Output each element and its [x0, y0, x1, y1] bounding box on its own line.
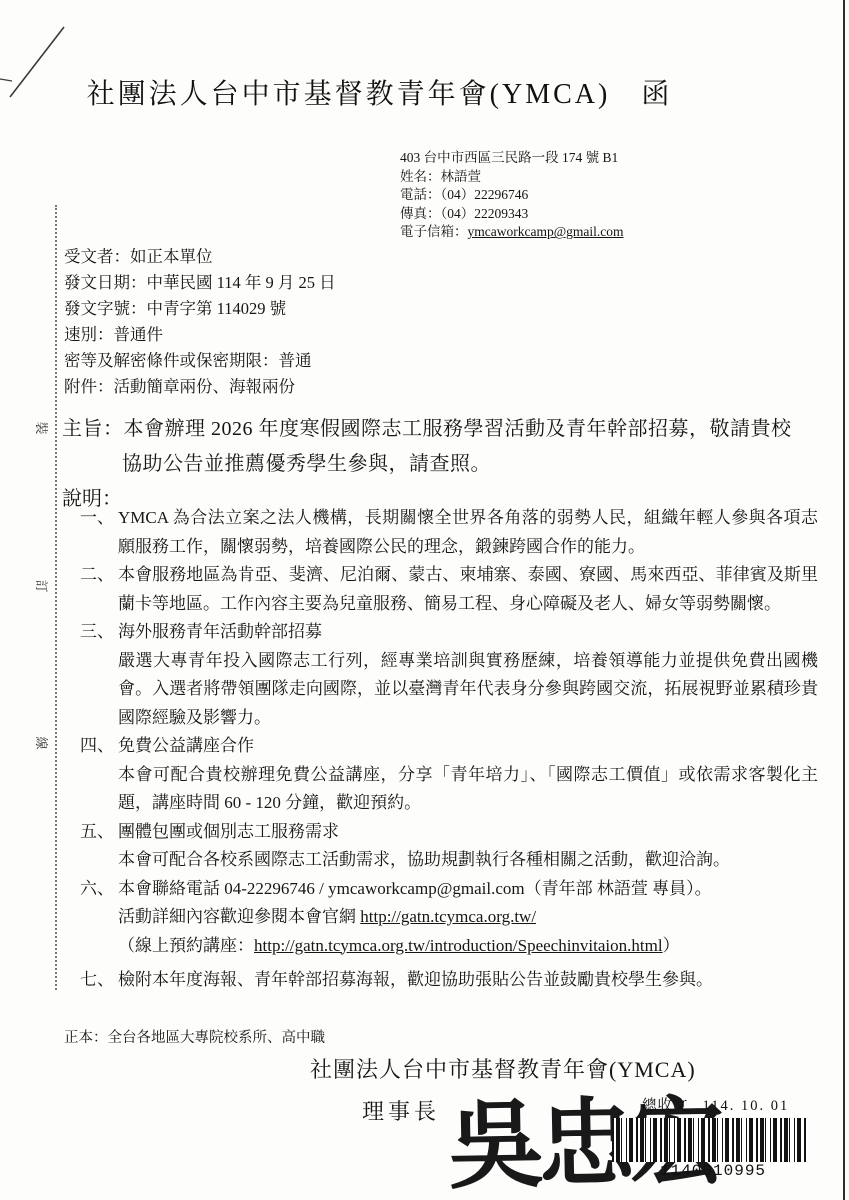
document-meta-block: 受文者：如正本單位 發文日期：中華民國 114 年 9 月 25 日 發文字號：…	[64, 244, 336, 400]
item-1-number: 一、	[80, 504, 118, 561]
meta-recipient: 受文者：如正本單位	[64, 244, 336, 270]
sender-email-link[interactable]: ymcaworkcamp@gmail.com	[468, 224, 624, 239]
binding-mark-zhuang: 裝	[33, 418, 53, 438]
copy-distribution-line: 正本：全台各地區大專院校系所、高中職	[64, 1026, 325, 1047]
item-6-line-2-text: 活動詳細內容歡迎參閱本會官網	[118, 907, 360, 926]
document-title: 社團法人台中市基督教青年會(YMCA) 函	[30, 72, 729, 112]
item-2: 二、 本會服務地區為肯亞、斐濟、尼泊爾、蒙古、柬埔寨、泰國、寮國、馬來西亞、菲律…	[80, 561, 818, 618]
subject-line-2: 協助公告並推薦優秀學生參與，請查照。	[122, 447, 491, 476]
chairman-title-label: 理事長	[362, 1095, 440, 1126]
meta-doc-number: 發文字號：中青字第 114029 號	[64, 296, 336, 322]
binding-mark-ding: 訂	[33, 576, 53, 596]
received-stamp-label: 總收文	[642, 1098, 689, 1114]
sender-address: 403 台中市西區三民路一段 174 號 B1	[400, 149, 624, 168]
item-4-content: 免費公益講座合作 本會可配合貴校辦理免費公益講座，分享「青年培力」、「國際志工價…	[118, 732, 818, 818]
meta-speed: 速別：普通件	[64, 322, 336, 348]
item-3-title: 海外服務青年活動幹部招募	[118, 618, 818, 647]
item-3: 三、 海外服務青年活動幹部招募 嚴選大專青年投入國際志工行列，經專業培訓與實務歷…	[80, 618, 818, 732]
item-6-line-3-prefix: （線上預約講座：	[118, 936, 254, 955]
item-6-booking-link[interactable]: http://gatn.tcymca.org.tw/introduction/S…	[254, 936, 663, 955]
item-5: 五、 團體包團或個別志工服務需求 本會可配合各校系國際志工活動需求，協助規劃執行…	[80, 818, 818, 875]
item-2-text: 本會服務地區為肯亞、斐濟、尼泊爾、蒙古、柬埔寨、泰國、寮國、馬來西亞、菲律賓及斯…	[118, 561, 818, 618]
scanned-official-letter: 裝 訂 線 社團法人台中市基督教青年會(YMCA) 函 403 台中市西區三民路…	[0, 0, 849, 1200]
meta-security: 密等及解密條件或保密期限：普通	[64, 348, 336, 374]
item-5-body: 本會可配合各校系國際志工活動需求，協助規劃執行各種相關之活動，歡迎洽詢。	[118, 846, 818, 875]
item-6-website-link[interactable]: http://gatn.tcymca.org.tw/	[360, 907, 536, 926]
subject-line-1: 主旨：本會辦理 2026 年度寒假國際志工服務學習活動及青年幹部招募，敬請貴校	[62, 412, 792, 441]
item-7: 七、 檢附本年度海報、青年幹部招募海報，歡迎協助張貼公告並鼓勵貴校學生參與。	[80, 966, 818, 995]
sender-fax: 傳真：（04）22209343	[400, 205, 624, 224]
item-6: 六、 本會聯絡電話 04-22296746 / ymcaworkcamp@gma…	[80, 875, 818, 961]
item-7-text: 檢附本年度海報、青年幹部招募海報，歡迎協助張貼公告並鼓勵貴校學生參與。	[118, 966, 818, 995]
sender-phone: 電話：（04）22296746	[400, 186, 624, 205]
item-3-content: 海外服務青年活動幹部招募 嚴選大專青年投入國際志工行列，經專業培訓與實務歷練，培…	[118, 618, 818, 732]
item-5-content: 團體包團或個別志工服務需求 本會可配合各校系國際志工活動需求，協助規劃執行各種相…	[118, 818, 818, 875]
sender-contact-name: 姓名：林語萱	[400, 168, 624, 187]
meta-attachments: 附件：活動簡章兩份、海報兩份	[64, 374, 336, 400]
item-7-number: 七、	[80, 966, 118, 995]
barcode-number: 1140010995	[612, 1162, 832, 1180]
item-6-line-3-suffix: ）	[663, 936, 680, 955]
received-stamp-line: 總收文114. 10. 01	[612, 1094, 832, 1115]
sender-email-line: 電子信箱：ymcaworkcamp@gmail.com	[400, 223, 624, 242]
binding-mark-xian: 線	[33, 733, 53, 753]
item-4-number: 四、	[80, 732, 118, 818]
item-4-body: 本會可配合貴校辦理免費公益講座，分享「青年培力」、「國際志工價值」或依需求客製化…	[118, 761, 818, 818]
item-6-number: 六、	[80, 875, 118, 961]
item-5-number: 五、	[80, 818, 118, 875]
item-3-number: 三、	[80, 618, 118, 732]
meta-issue-date: 發文日期：中華民國 114 年 9 月 25 日	[64, 270, 336, 296]
received-stamp-date: 114. 10. 01	[703, 1098, 790, 1114]
scan-edge-line	[843, 0, 845, 1200]
item-6-line-1: 本會聯絡電話 04-22296746 / ymcaworkcamp@gmail.…	[118, 875, 818, 904]
received-stamp-sticker: 總收文114. 10. 01 1140010995	[612, 1094, 832, 1180]
item-4: 四、 免費公益講座合作 本會可配合貴校辦理免費公益講座，分享「青年培力」、「國際…	[80, 732, 818, 818]
barcode	[612, 1118, 808, 1162]
item-1-text: YMCA 為合法立案之法人機構，長期關懷全世界各角落的弱勢人民，組織年輕人參與各…	[118, 504, 818, 561]
item-2-number: 二、	[80, 561, 118, 618]
item-1: 一、 YMCA 為合法立案之法人機構，長期關懷全世界各角落的弱勢人民，組織年輕人…	[80, 504, 818, 561]
item-6-line-3: （線上預約講座：http://gatn.tcymca.org.tw/introd…	[118, 932, 818, 961]
item-6-content: 本會聯絡電話 04-22296746 / ymcaworkcamp@gmail.…	[118, 875, 818, 961]
explanation-items: 一、 YMCA 為合法立案之法人機構，長期關懷全世界各角落的弱勢人民，組織年輕人…	[80, 504, 818, 995]
sender-contact-block: 403 台中市西區三民路一段 174 號 B1 姓名：林語萱 電話：（04）22…	[400, 149, 624, 242]
item-3-body: 嚴選大專青年投入國際志工行列，經專業培訓與實務歷練，培養領導能力並提供免費出國機…	[118, 647, 818, 733]
sender-email-label: 電子信箱：	[400, 224, 468, 239]
item-5-title: 團體包團或個別志工服務需求	[118, 818, 818, 847]
item-6-line-2: 活動詳細內容歡迎參閱本會官網 http://gatn.tcymca.org.tw…	[118, 903, 818, 932]
item-4-title: 免費公益講座合作	[118, 732, 818, 761]
binding-dotted-line	[55, 205, 57, 990]
scan-diagonal-mark	[0, 0, 140, 140]
